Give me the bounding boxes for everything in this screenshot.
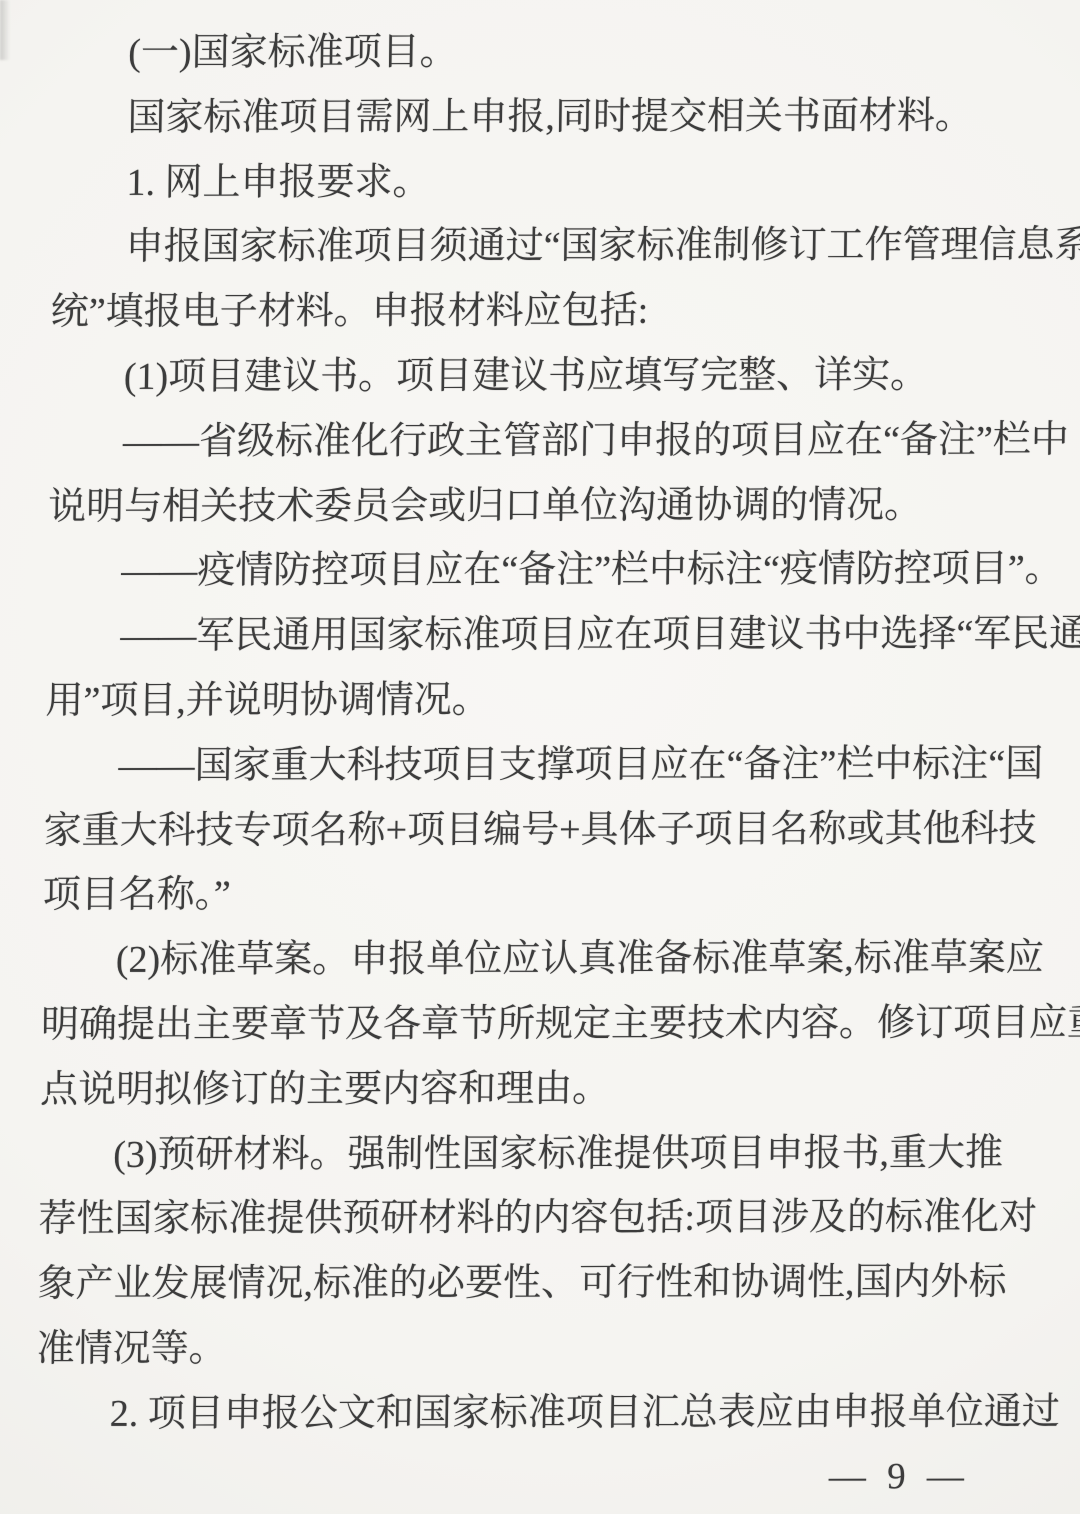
text-line: 家重大科技专项名称+项目编号+具体子项目名称或其他科技 [43, 797, 1039, 864]
text-line: (2)标准草案。申报单位应认真准备标准草案,标准草案应 [41, 926, 1037, 993]
text-line: ——省级标准化行政主管部门申报的项目应在“备注”栏中 [49, 408, 1045, 475]
text-line: ——疫情防控项目应在“备注”栏中标注“疫情防控项目”。 [47, 537, 1043, 604]
text-line: ——军民通用国家标准项目应在项目建议书中选择“军民通 [46, 602, 1042, 669]
text-line: (一)国家标准项目。 [54, 19, 1050, 86]
text-line: (1)项目建议书。项目建议书应填写完整、详实。 [49, 343, 1045, 410]
document-body: (一)国家标准项目。国家标准项目需网上申报,同时提交相关书面材料。1. 网上申报… [0, 0, 1080, 1512]
text-line: 明确提出主要章节及各章节所规定主要技术内容。修订项目应重 [41, 991, 1037, 1058]
text-line: 1. 网上申报要求。 [52, 149, 1048, 216]
text-line: 统”填报电子材料。申报材料应包括: [50, 278, 1046, 345]
text-line: 国家标准项目需网上申报,同时提交相关书面材料。 [53, 84, 1049, 151]
text-line: 荐性国家标准提供预研材料的内容包括:项目涉及的标准化对 [38, 1185, 1034, 1252]
text-line: 2. 项目申报公文和国家标准项目汇总表应由申报单位通过 [35, 1380, 1031, 1447]
text-line: 说明与相关技术委员会或归口单位沟通协调的情况。 [48, 473, 1044, 540]
text-line: 准情况等。 [36, 1315, 1032, 1382]
text-line: 用”项目,并说明协调情况。 [45, 667, 1041, 734]
text-line: 申报国家标准项目须通过“国家标准制修订工作管理信息系 [51, 213, 1047, 280]
text-line: 项目名称。” [42, 861, 1038, 928]
text-line: 点说明拟修订的主要内容和理由。 [40, 1056, 1036, 1123]
document-lines: (一)国家标准项目。国家标准项目需网上申报,同时提交相关书面材料。1. 网上申报… [35, 19, 1049, 1447]
page-number: — 9 — [34, 1445, 970, 1512]
scanned-document-page: (一)国家标准项目。国家标准项目需网上申报,同时提交相关书面材料。1. 网上申报… [0, 0, 1080, 1514]
text-line: ——国家重大科技项目支撑项目应在“备注”栏中标注“国 [44, 732, 1040, 799]
text-line: (3)预研材料。强制性国家标准提供项目申报书,重大推 [39, 1121, 1035, 1188]
text-line: 象产业发展情况,标准的必要性、可行性和协调性,国内外标 [37, 1250, 1033, 1317]
